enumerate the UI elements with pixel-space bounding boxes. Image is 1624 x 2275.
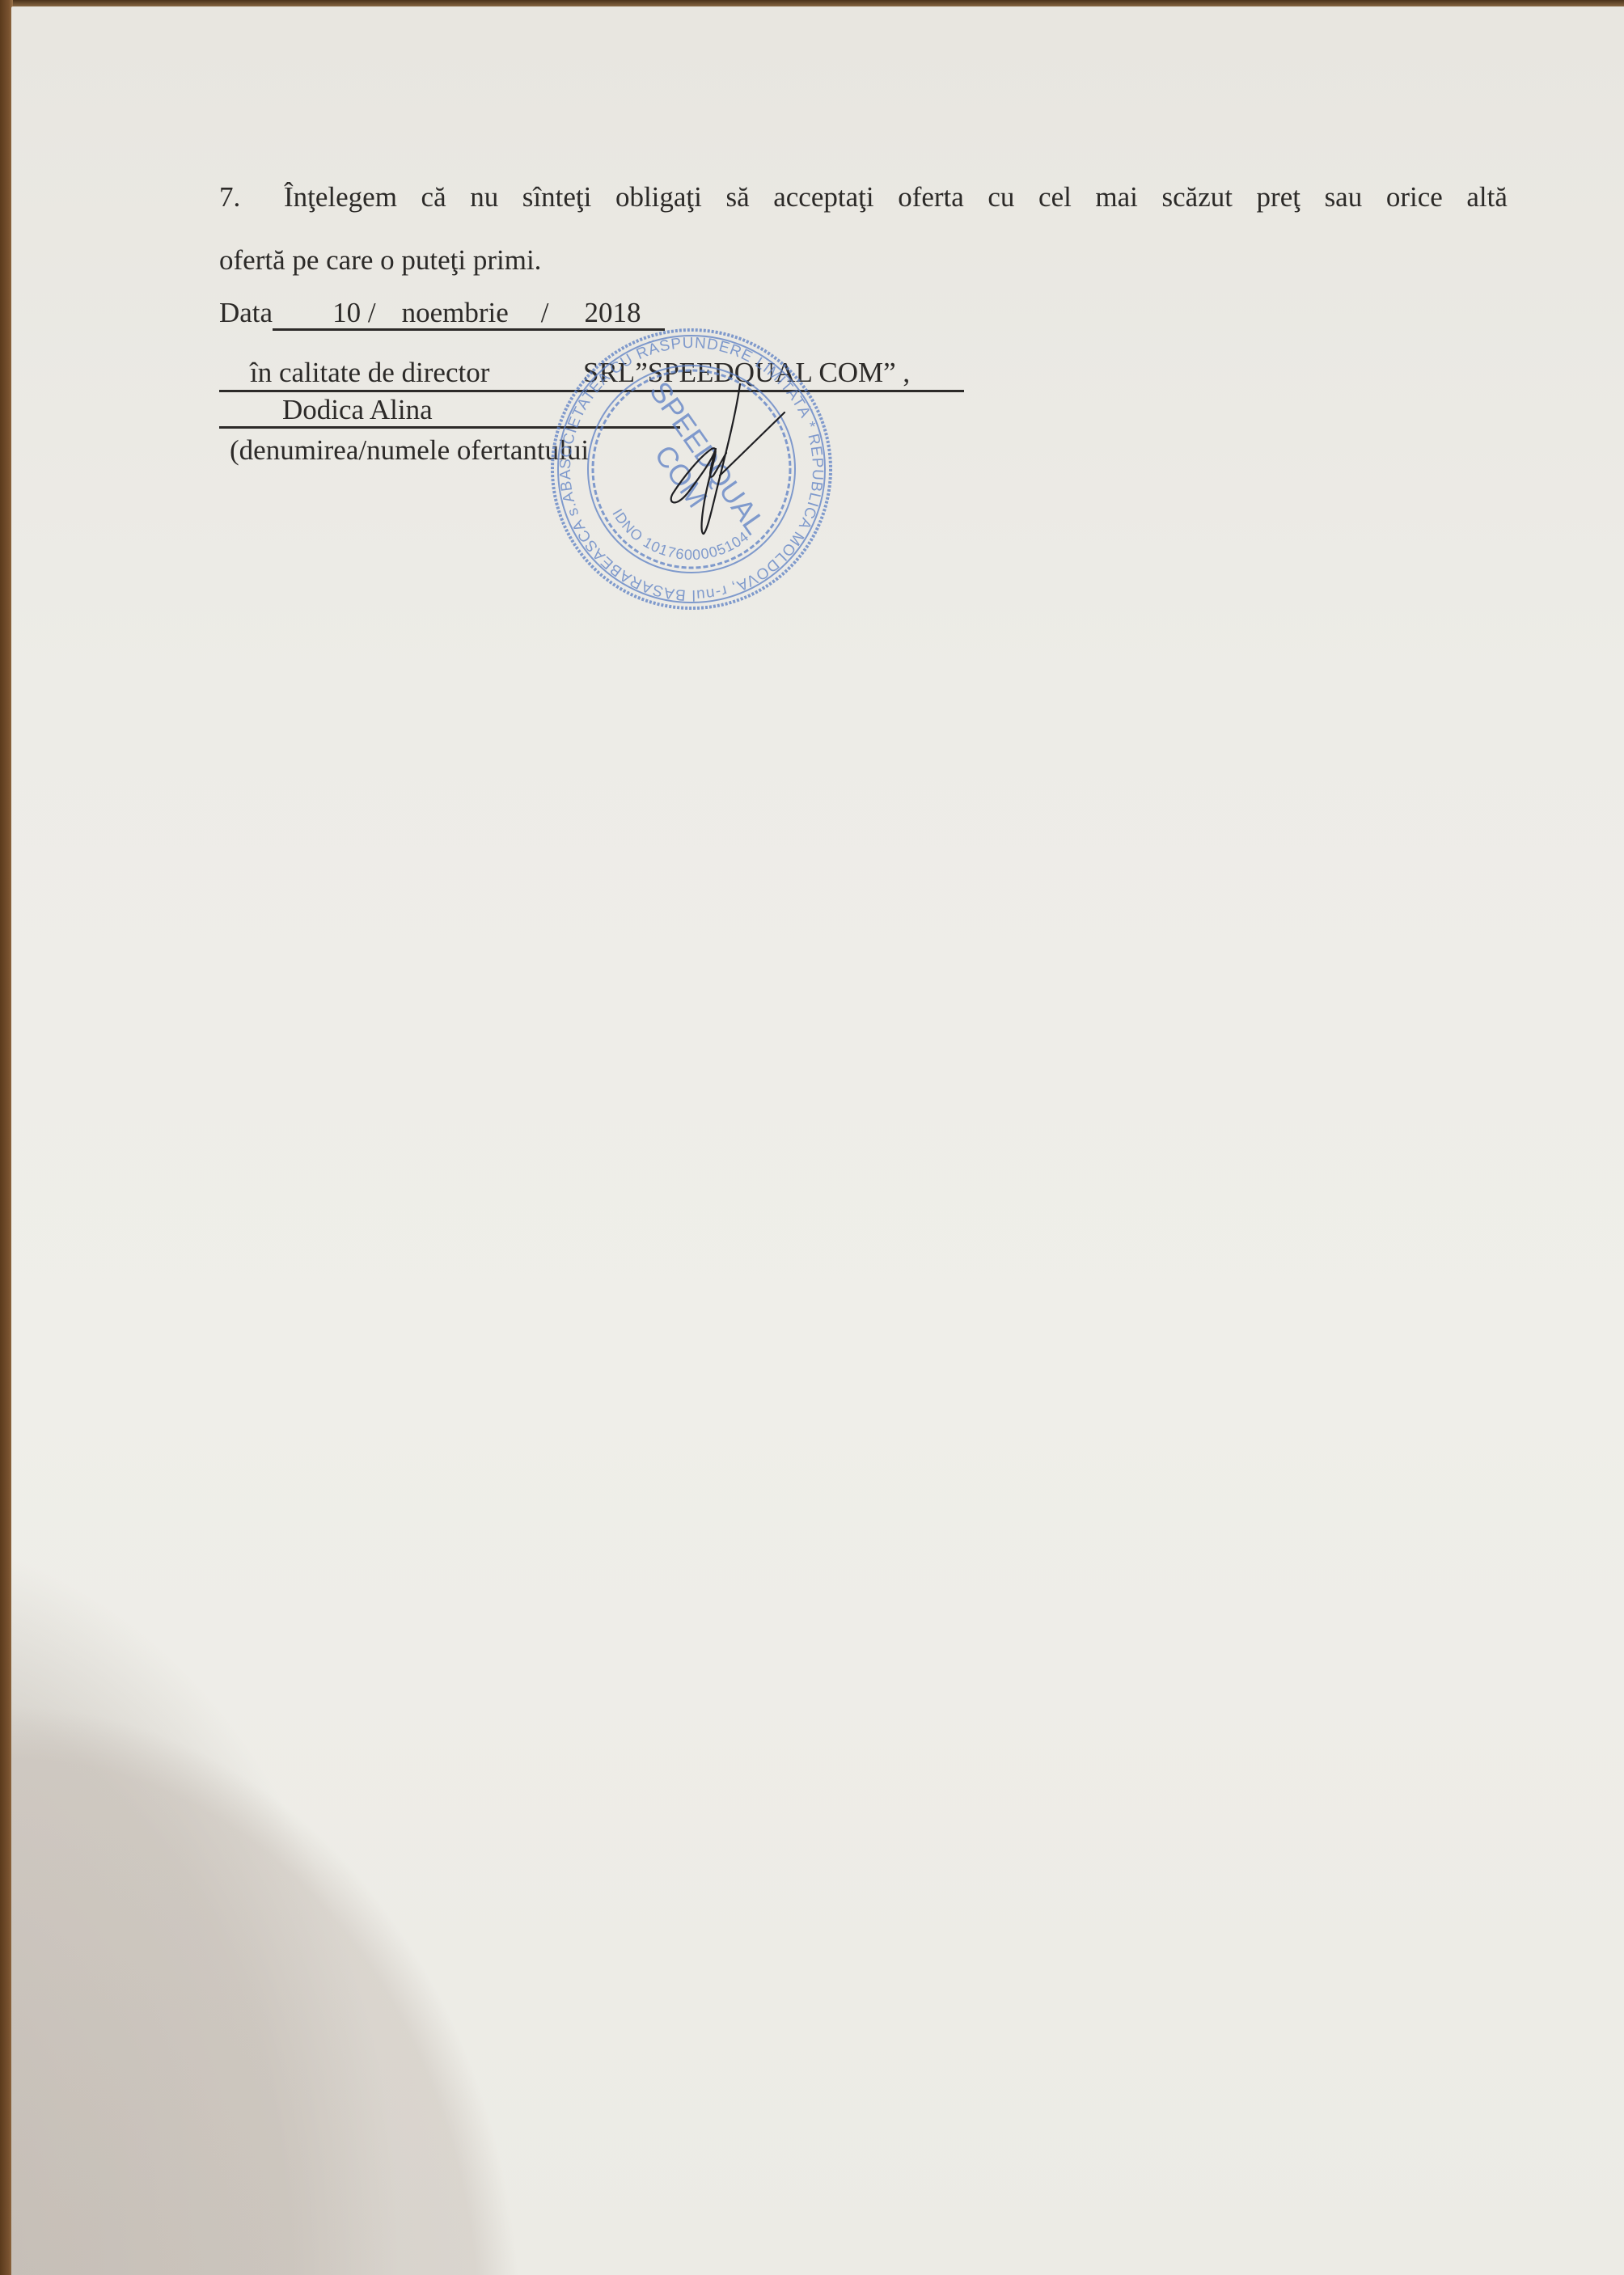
date-day: 10	[332, 298, 361, 331]
word: acceptaţi	[773, 183, 873, 211]
word: orice	[1386, 183, 1443, 211]
word: nu	[470, 183, 498, 211]
word: preţ	[1257, 183, 1300, 211]
word: obligaţi	[615, 183, 702, 211]
bidder-caption: (denumirea/numele ofertantului	[230, 436, 589, 464]
paragraph-number: 7.	[219, 183, 284, 211]
signature-icon	[663, 380, 793, 542]
word: sînteţi	[522, 183, 592, 211]
representative-name: Dodica Alina	[282, 394, 433, 425]
date-month: noembrie	[402, 298, 509, 331]
word: mai	[1095, 183, 1137, 211]
word: sau	[1325, 183, 1363, 211]
role-text: în calitate de director	[250, 357, 489, 388]
word: altă	[1466, 183, 1508, 211]
paragraph-7-line-2: ofertă pe care o puteţi primi.	[219, 246, 541, 274]
word: oferta	[898, 183, 964, 211]
word: cel	[1038, 183, 1072, 211]
date-label: Data	[219, 297, 273, 328]
word: să	[725, 183, 749, 211]
word: cu	[988, 183, 1014, 211]
word: că	[421, 183, 446, 211]
date-sep-1: /	[368, 298, 376, 331]
word: Înţelegem	[284, 183, 397, 211]
word: scăzut	[1162, 183, 1233, 211]
paragraph-7-line-1: 7.Înţelegemcănusînteţiobligaţisăacceptaţ…	[219, 183, 1508, 211]
